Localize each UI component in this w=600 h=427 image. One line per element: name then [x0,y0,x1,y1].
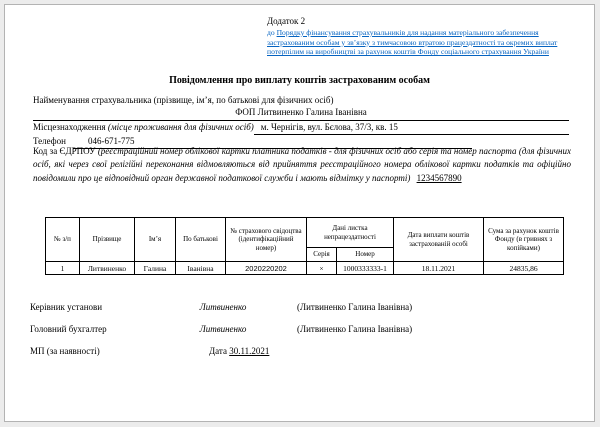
director-signature: Литвиненко [173,301,273,313]
col-header-surname: Прізвище [80,218,135,262]
col-header-pay-date: Дата виплати коштів застрахованій особі [394,218,484,262]
col-header-cert: № страхового свідоцтва (ідентифікаційний… [226,218,307,262]
date-line: Дата 30.11.2021 [209,345,269,357]
cell-num: 1 [46,262,80,275]
cell-patronymic: Іванівна [176,262,226,275]
payments-table: № з/п Прізвище Ім’я По батькові № страхо… [45,217,564,275]
col-header-patronymic: По батькові [176,218,226,262]
cell-name: Галина [135,262,176,275]
mp-label: МП (за наявності) [30,345,100,357]
director-fullname: (Литвиненко Галина Іванівна) [297,301,412,313]
accountant-label: Головний бухгалтер [30,323,107,335]
cell-pay-date: 18.11.2021 [394,262,484,275]
annex-block: Додаток 2 до Порядку фінансування страху… [267,16,569,57]
edrpou-value: 1234567890 [413,173,462,183]
accountant-fullname: (Литвиненко Галина Іванівна) [297,323,412,335]
edrpou-label: Код за ЄДРПОУ [33,146,98,156]
col-header-series: Серія [307,248,337,262]
col-header-sum: Сума за рахунок коштів Фонду (в гривнях … [484,218,564,262]
date-label: Дата [209,346,229,356]
cell-cert: 2020220202 [226,262,307,275]
insurer-name-label: Найменування страхувальника (прізвище, і… [33,94,334,106]
document-page: Додаток 2 до Порядку фінансування страху… [4,4,595,422]
procedure-hyperlink[interactable]: Порядку фінансування страхувальників для… [267,28,557,56]
annex-number: Додаток 2 [267,16,569,27]
col-header-number: Номер [337,248,394,262]
col-header-sick-leave: Дані листка непрацездатності [307,218,394,248]
annex-link-prefix: до [267,28,277,37]
cell-series: × [307,262,337,275]
cell-sum: 24835,86 [484,262,564,275]
director-label: Керівник установи [30,301,102,313]
col-header-name: Ім’я [135,218,176,262]
cell-number: 1000333333-1 [337,262,394,275]
location-line: Місцезнаходження (місце проживання для ф… [33,121,569,135]
date-value: 30.11.2021 [229,346,269,356]
cell-surname: Литвиненко [80,262,135,275]
location-value: м. Чернігів, вул. Бєлова, 37/3, кв. 15 [254,121,569,135]
location-label-text: Місцезнаходження [33,122,108,132]
annex-reference: до Порядку фінансування страхувальників … [267,28,569,57]
insurer-name-value: ФОП Литвиненко Галина Іванівна [33,106,569,121]
accountant-signature: Литвиненко [173,323,273,335]
location-label-note: (місце проживання для фізичних осіб) [108,122,254,132]
col-header-num: № з/п [46,218,80,262]
table-row: 1 Литвиненко Галина Іванівна 2020220202 … [46,262,564,275]
edrpou-paragraph: Код за ЄДРПОУ (реєстраційний номер облік… [33,145,571,185]
location-label: Місцезнаходження (місце проживання для ф… [33,121,254,135]
document-title: Повідомлення про виплату коштів застрахо… [5,75,594,86]
edrpou-note: (реєстраційний номер облікової картки пл… [33,146,571,183]
